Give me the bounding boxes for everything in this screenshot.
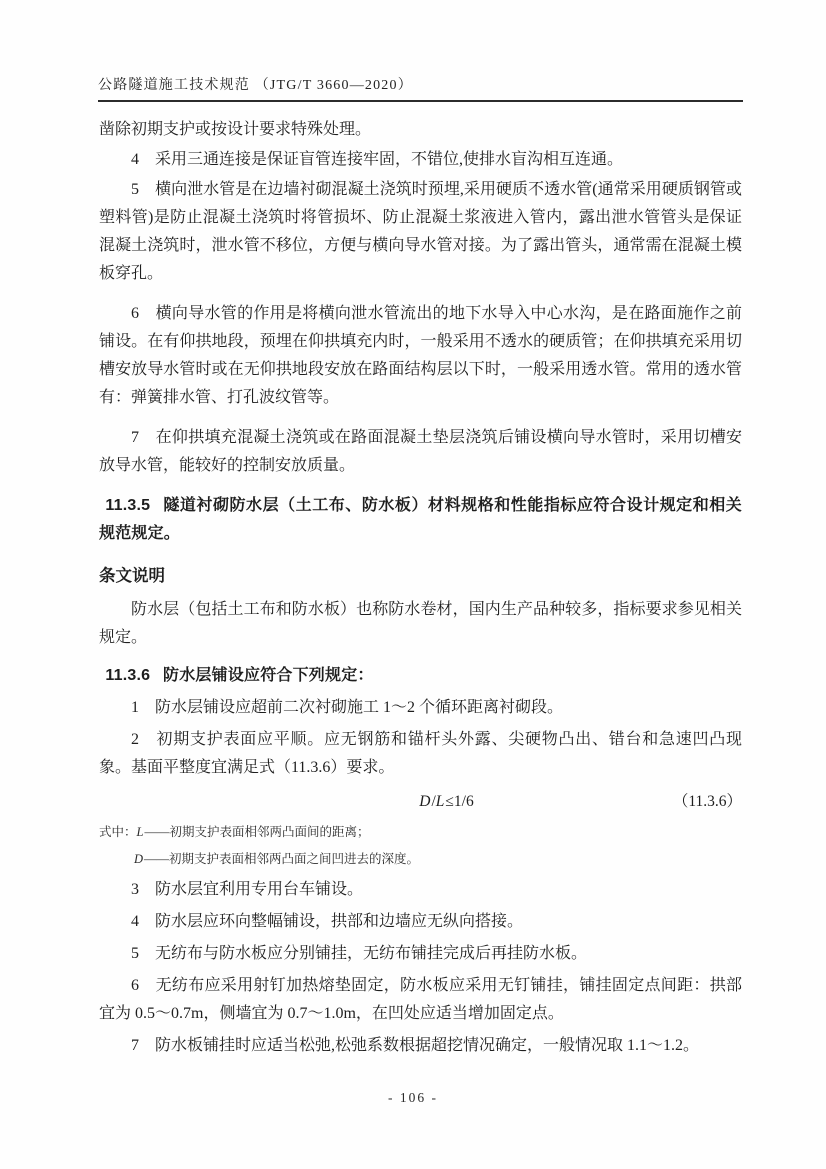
clause-11-3-6-item-2: 2 初期支护表面应平顺。应无钢筋和锚杆头外露、尖硬物凸出、错台和急速凹凸现象。基… [99,726,742,782]
page-content: 凿除初期支护或按设计要求特殊处理。 4 采用三通连接是保证盲管连接牢固，不错位,… [99,116,742,1060]
commentary-item-5: 5 横向泄水管是在边墙衬砌混凝土浇筑时预埋,采用硬质不透水管(通常采用硬质钢管或… [99,176,742,288]
where-desc-d: ——初期支护表面相邻两凸面之间凹进去的深度。 [144,852,419,866]
commentary-item-4: 4 采用三通连接是保证盲管连接牢固，不错位,使排水盲沟相互连通。 [99,146,742,174]
formula-relation-value: ≤1/6 [445,793,473,810]
formula-slash: / [431,793,435,810]
commentary-heading: 条文说明 [99,562,742,590]
commentary-continuation-line: 凿除初期支护或按设计要求特殊处理。 [99,116,742,144]
where-symbol-d: D [134,852,144,866]
formula-var-d: D [419,793,431,810]
clause-11-3-6: 11.3.6防水层铺设应符合下列规定： [99,662,742,690]
clause-11-3-6-item-3: 3 防水层宜利用专用台车铺设。 [99,876,742,904]
clause-11-3-6-item-4: 4 防水层应环向整幅铺设，拱部和边墙应无纵向搭接。 [99,908,742,936]
clause-11-3-6-item-5: 5 无纺布与防水板应分别铺挂，无纺布铺挂完成后再挂防水板。 [99,940,742,968]
clause-11-3-5: 11.3.5隧道衬砌防水层（土工布、防水板）材料规格和性能指标应符合设计规定和相… [99,492,742,548]
clause-11-3-6-item-7: 7 防水板铺挂时应适当松弛,松弛系数根据超挖情况确定，一般情况取 1.1～1.2… [99,1032,742,1060]
clause-11-3-5-number: 11.3.5 [105,497,150,514]
formula-where-block: 式中：L——初期支护表面相邻两凸面间的距离； D——初期支护表面相邻两凸面之间凹… [99,820,742,872]
formula-expression: D/L≤1/6 [419,788,473,816]
clause-11-3-6-item-6: 6 无纺布应采用射钉加热熔垫固定，防水板应采用无钉铺挂，铺挂固定点间距：拱部宜为… [99,972,742,1028]
clause-11-3-6-number: 11.3.6 [105,667,150,684]
page-number: - 106 - [0,1090,826,1106]
clause-11-3-6-item-1: 1 防水层铺设应超前二次衬砌施工 1～2 个循环距离衬砌段。 [99,694,742,722]
where-line-l: 式中：L——初期支护表面相邻两凸面间的距离； [99,820,742,845]
clause-11-3-6-title: 防水层铺设应符合下列规定： [163,667,374,684]
commentary-item-7: 7 在仰拱填充混凝土浇筑或在路面混凝土垫层浇筑后铺设横向导水管时，采用切槽安放导… [99,424,742,480]
formula-11-3-6: D/L≤1/6 （11.3.6） [99,788,742,816]
commentary-11-3-5-text: 防水层（包括土工布和防水板）也称防水卷材，国内生产品种较多，指标要求参见相关规定… [99,596,742,652]
where-desc-l: ——初期支护表面相邻两凸面间的距离； [144,825,369,839]
commentary-item-6: 6 横向导水管的作用是将横向泄水管流出的地下水导入中心水沟，是在路面施作之前铺设… [99,300,742,412]
document-page: 公路隧道施工技术规范 （JTG/T 3660—2020） 凿除初期支护或按设计要… [0,0,826,1169]
formula-equation-number: （11.3.6） [673,788,742,816]
where-line-d: D——初期支护表面相邻两凸面之间凹进去的深度。 [99,847,742,872]
formula-var-l: L [436,793,446,810]
clause-11-3-5-text: 隧道衬砌防水层（土工布、防水板）材料规格和性能指标应符合设计规定和相关规范规定。 [99,497,742,542]
running-header: 公路隧道施工技术规范 （JTG/T 3660—2020） [98,74,743,102]
where-label: 式中： [99,825,137,839]
